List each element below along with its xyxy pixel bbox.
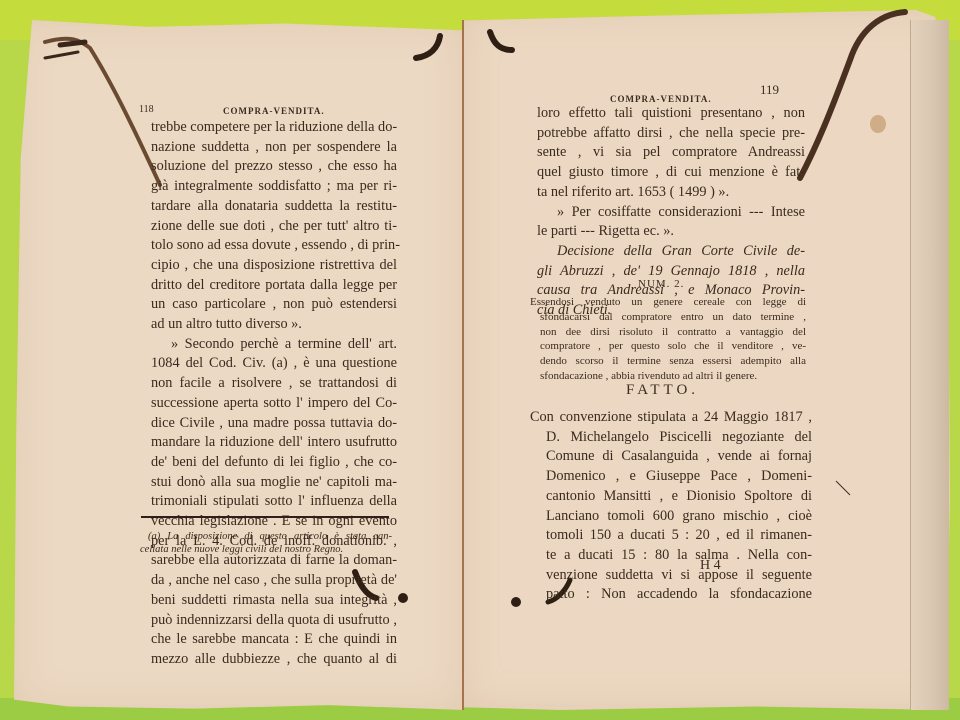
fatto-body: Con convenzione stipulata a 24 Maggio 18… — [530, 408, 812, 605]
text-line: 1084 del Cod. Civ. (a) , è una questione — [151, 354, 397, 374]
text-line: non dee dirsi risoluto il contratto a va… — [530, 325, 806, 340]
text-line: ad un altro tutto diverso ». — [151, 315, 397, 335]
page-number-left: 118 — [139, 104, 154, 115]
text-line: Lanciano tomoli 600 grano mischio , cioè — [530, 507, 812, 527]
text-line: D. Michelangelo Piscicelli negoziante de… — [530, 428, 812, 448]
text-line: successione aperta sotto l' impero del C… — [151, 394, 397, 414]
text-line: tomoli 150 a ducati 5 : 20 , ed il riman… — [530, 526, 812, 546]
text-line: zione delle sue doti , che per tutt' alt… — [151, 217, 397, 237]
text-line: che le sarebbe mancata : E che quindi in — [151, 630, 397, 650]
text-line: soluzione del prezzo stesso , che esso h… — [151, 157, 397, 177]
footnote-line: cellata nelle nuove leggi civili del nos… — [140, 543, 392, 556]
text-line: loro effetto tali quistioni presentano ,… — [537, 104, 805, 124]
text-line: Con convenzione stipulata a 24 Maggio 18… — [530, 408, 812, 428]
text-line: compratore , per questo solo che il vend… — [530, 339, 806, 354]
right-page-body-top: loro effetto tali quistioni presentano ,… — [537, 104, 805, 242]
text-line: patto : Non accadendo la sfondacazione — [530, 585, 812, 605]
footnote: (a) La disposizione di questo articolo è… — [140, 530, 392, 556]
footnote-line: (a) La disposizione di questo articolo è… — [140, 530, 392, 543]
text-line: te a ducati 15 : 80 la salma . Nella con… — [530, 546, 812, 566]
text-line: de' beni del defunto di lei figlio , che… — [151, 453, 397, 473]
section-heading-fatto: FATTO. — [626, 382, 699, 399]
text-line: » Secondo perchè a termine dell' art. — [151, 335, 397, 355]
text-line: dendo scorso il termine senza essersi ad… — [530, 354, 806, 369]
footnote-rule — [141, 516, 389, 518]
text-line: cipio , che una disposizione ristrettiva… — [151, 256, 397, 276]
text-line: venzione suddetta vi si appose il seguen… — [530, 566, 812, 586]
text-line: un caso particolare , non può estendersi — [151, 295, 397, 315]
text-line: trimoniali stipulati sotto l' influenza … — [151, 492, 397, 512]
page-number-right: 119 — [760, 82, 779, 98]
text-line: beni suddetti rimasta nella sua integrit… — [151, 591, 397, 611]
text-line: Comune di Casalanguida , vende ai fornaj — [530, 447, 812, 467]
text-line: quel giusto timore , di cui menzione è f… — [537, 163, 805, 183]
text-line: stui donò alla sua moglie ne' capitoli m… — [151, 473, 397, 493]
text-line: ta nel riferito art. 1653 ( 1499 ) ». — [537, 183, 805, 203]
text-line: dritto del creditore portata dalla legge… — [151, 276, 397, 296]
text-line: tardare alla donataria suddetta la resti… — [151, 197, 397, 217]
running-head-left: COMPRA-VENDITA. — [223, 106, 325, 116]
text-line: dice Civile , una madre possa tuttavia d… — [151, 414, 397, 434]
text-line: Domenico , e Giuseppe Pace , Domeni- — [530, 467, 812, 487]
text-line: mezzo alle dubbiezze , che quanto al di — [151, 650, 397, 670]
text-line: potrebbe affatto dirsi , che nella speci… — [537, 124, 805, 144]
text-line: non facile a risolvere , se trattandosi … — [151, 374, 397, 394]
section-number: NUM. 2. — [638, 278, 684, 290]
text-line: mandare la riduzione dell' intero usufru… — [151, 433, 397, 453]
text-line: tolo sono ad essa dovute , essendo , di … — [151, 236, 397, 256]
text-line: » Per cosiffatte considerazioni --- Inte… — [537, 203, 805, 223]
printer-signature: H 4 — [700, 558, 721, 574]
text-line: nazione suddetta , non per sospendere la — [151, 138, 397, 158]
text-line: Essendosi venduto un genere cereale con … — [530, 295, 806, 310]
text-line: può indennizzarsi della quota di usufrut… — [151, 611, 397, 631]
text-line: da , anche nel caso , che sulla propriet… — [151, 571, 397, 591]
left-page-body: trebbe competere per la riduzione della … — [151, 118, 397, 670]
text-line: le parti --- Rigetta ec. ». — [537, 222, 805, 242]
text-line: Decisione della Gran Corte Civile de- — [537, 242, 805, 262]
text-line: trebbe competere per la riduzione della … — [151, 118, 397, 138]
text-line: sfondacarsi dal compratore entro un dato… — [530, 310, 806, 325]
text-line: sente , vi sia pel compratore Andreassi — [537, 143, 805, 163]
running-head-right: COMPRA-VENDITA. — [610, 94, 712, 104]
case-summary: Essendosi venduto un genere cereale con … — [530, 295, 806, 384]
text-line: già integralmente soddisfatto ; ma per r… — [151, 177, 397, 197]
text-line: cantonio Mansitti , e Dionisio Spoltore … — [530, 487, 812, 507]
